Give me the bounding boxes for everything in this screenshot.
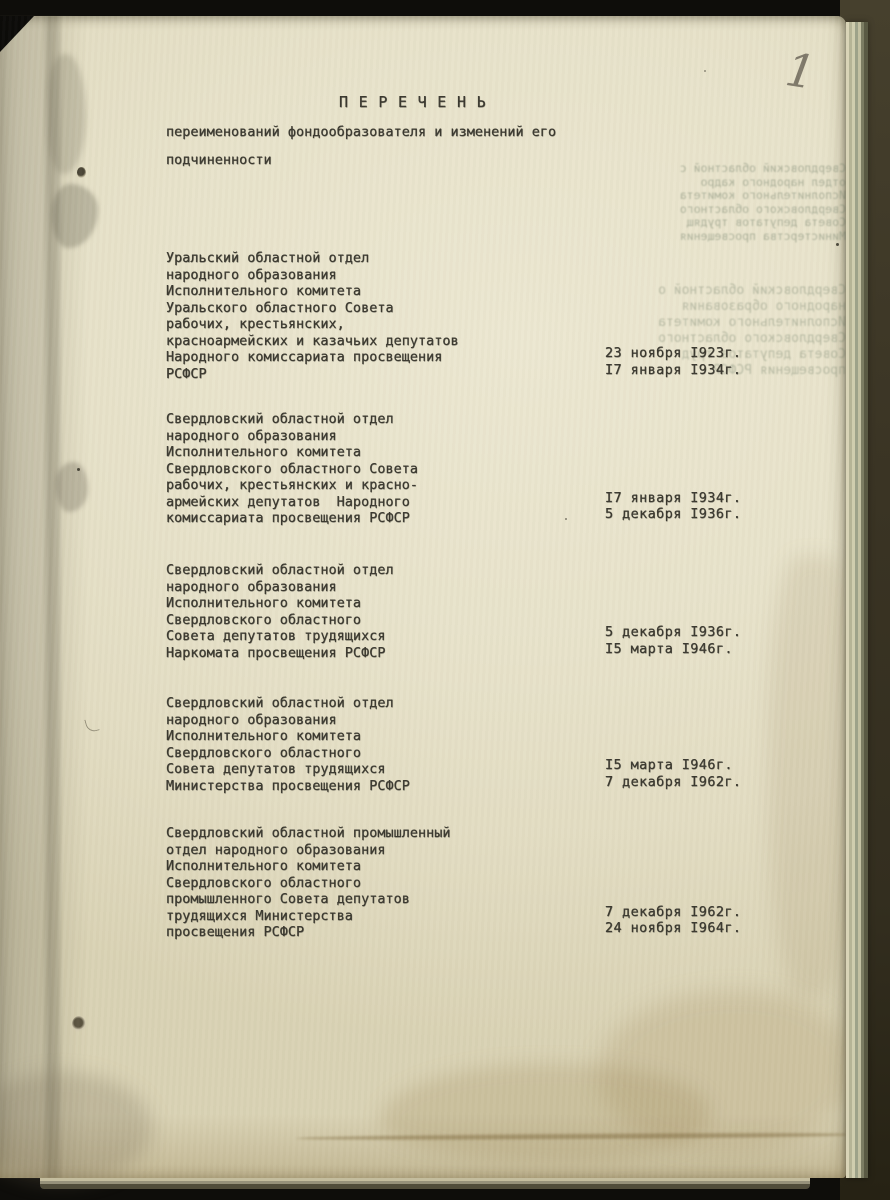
water-stain-bottom-left: [0, 1072, 152, 1184]
bleedthrough-line: Совета депутатов трудящ: [540, 216, 846, 230]
water-stain-bottom-band: [0, 1114, 846, 1178]
dust-speck: [836, 243, 839, 246]
date-to: 7 декабря I962г.: [605, 774, 741, 791]
org-name-line: Свердловский областной отдел: [166, 695, 786, 712]
org-name-line: Уральского областного Совета: [166, 300, 786, 317]
renaming-entry-2: Свердловский областной отдел народного о…: [166, 411, 786, 527]
date-from: I7 января I934г.: [605, 490, 741, 507]
page-stack-edge-bottom: [40, 1178, 810, 1189]
dust-speck: [565, 518, 567, 520]
org-name-line: Исполнительного комитета: [166, 595, 786, 612]
date-to: 24 ноября I964г.: [605, 920, 741, 937]
archive-scan-backdrop: Свердловский областной с отдел народного…: [0, 0, 890, 1200]
org-name-line: Свердловский областной отдел: [166, 411, 786, 428]
dust-speck: [704, 70, 706, 72]
water-stain-bottom-right: [598, 991, 850, 1151]
bleedthrough-line: отдел народного кадро: [540, 176, 846, 190]
org-name-line: Свердловского областного Совета: [166, 461, 786, 478]
org-name-line: отдел народного образования: [166, 842, 786, 859]
org-name-line: народного образования: [166, 267, 786, 284]
binding-margin-shading: [0, 16, 86, 1178]
date-to: I7 января I934г.: [605, 362, 741, 379]
bleedthrough-line: Свердловского областного: [540, 203, 846, 217]
water-stain-tide-line: [296, 1132, 846, 1140]
org-name-line: народного образования: [166, 579, 786, 596]
stain-left-middle: [56, 462, 88, 512]
bleedthrough-line: Исполнительного комитета: [540, 189, 846, 203]
org-name-line: Свердловского областного: [166, 875, 786, 892]
date-to: I5 марта I946г.: [605, 641, 741, 658]
org-name-line: народного образования: [166, 428, 786, 445]
stain-top-left-lobe: [52, 184, 98, 248]
org-name-line: Исполнительного комитета: [166, 728, 786, 745]
date-from: I5 марта I946г.: [605, 757, 741, 774]
renaming-entry-1: Уральский областной отдел народного обра…: [166, 250, 786, 382]
page-stack-edge-right: [846, 22, 868, 1178]
entry-dates: I7 января I934г. 5 декабря I936г.: [605, 490, 741, 523]
punch-hole-top: [77, 167, 86, 178]
date-from: 7 декабря I962г.: [605, 904, 741, 921]
bleedthrough-line: Министерства просвещения: [540, 230, 846, 244]
org-name-line: народного образования: [166, 712, 786, 729]
entry-dates: 5 декабря I936г. I5 марта I946г.: [605, 624, 741, 657]
date-from: 5 декабря I936г.: [605, 624, 741, 641]
entry-dates: 23 ноября I923г. I7 января I934г.: [605, 345, 741, 378]
torn-corner-shadow: [0, 16, 34, 52]
bleedthrough-text-upper: Свердловский областной с отдел народного…: [540, 162, 846, 243]
renaming-entry-5: Свердловский областной промышленный отде…: [166, 825, 786, 941]
stain-top-left: [48, 54, 86, 174]
bleedthrough-line: Свердловский областной с: [540, 162, 846, 176]
dust-speck: [77, 468, 80, 471]
entry-dates: 7 декабря I962г. 24 ноября I964г.: [605, 904, 741, 937]
punch-hole-bottom: [72, 1016, 86, 1032]
document-page: Свердловский областной с отдел народного…: [0, 16, 846, 1178]
pencil-squiggle-mark: [84, 717, 99, 734]
renaming-entry-4: Свердловский областной отдел народного о…: [166, 695, 786, 794]
document-subtitle: переименований фондообразователя и измен…: [166, 118, 556, 174]
org-name-line: Исполнительного комитета: [166, 283, 786, 300]
org-name-line: Исполнительного комитета: [166, 858, 786, 875]
renaming-entry-3: Свердловский областной отдел народного о…: [166, 562, 786, 661]
water-stain-bottom-center: [380, 1064, 710, 1160]
document-title: П Е Р Е Ч Е Н Ь: [339, 93, 486, 111]
date-to: 5 декабря I936г.: [605, 506, 741, 523]
org-name-line: Исполнительного комитета: [166, 444, 786, 461]
document-subtitle-line2: подчиненности: [166, 146, 556, 174]
org-name-line: рабочих, крестьянских,: [166, 316, 786, 333]
org-name-line: Свердловский областной отдел: [166, 562, 786, 579]
document-subtitle-line1: переименований фондообразователя и измен…: [166, 118, 556, 146]
entry-dates: I5 марта I946г. 7 декабря I962г.: [605, 757, 741, 790]
org-name-line: Свердловский областной промышленный: [166, 825, 786, 842]
org-name-line: Уральский областной отдел: [166, 250, 786, 267]
pencil-page-number: 1: [782, 42, 819, 100]
date-from: 23 ноября I923г.: [605, 345, 741, 362]
